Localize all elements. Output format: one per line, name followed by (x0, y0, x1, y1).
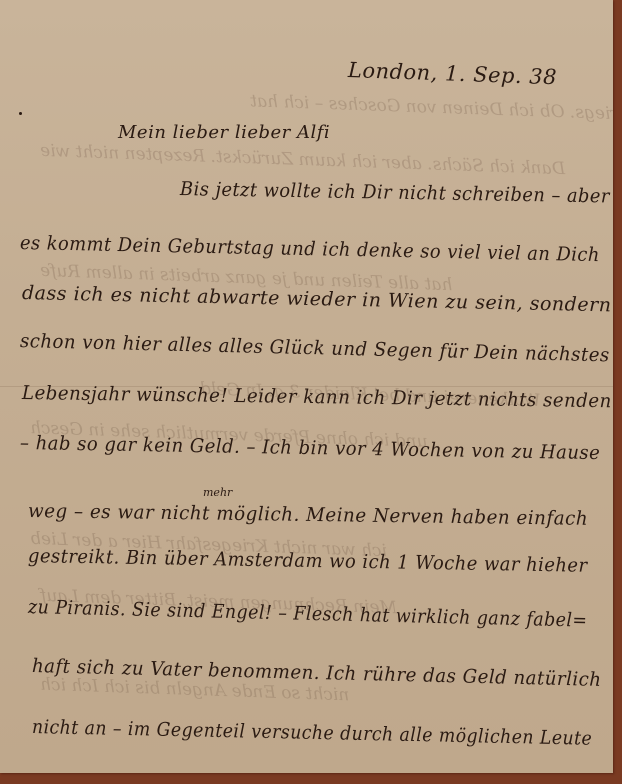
letter-salutation: Mein lieber lieber Alfi (118, 122, 330, 143)
letter-line: schon von hier alles alles Glück und Seg… (20, 330, 610, 366)
letter-line: Bis jetzt wollte ich Dir nicht schreiben… (180, 178, 610, 208)
letter-line: weg – es war nicht möglich. Meine Nerven… (28, 500, 588, 530)
letter-paper: wird Kraft zu Kriegs. Ob ich Deinen von … (0, 0, 613, 773)
bleed-through-text: Dank ich Sächs. aber ich kaum Zurückst. … (40, 141, 566, 179)
letter-line: gestreikt. Bin über Amsterdam wo ich 1 W… (28, 545, 588, 577)
ink-dot (19, 112, 22, 115)
letter-line: – hab so gar kein Geld. – Ich bin vor 4 … (20, 432, 601, 464)
letter-line: nicht an – im Gegenteil versuche durch a… (32, 716, 593, 750)
letter-dateline: London, 1. Sep. 38 (348, 58, 558, 89)
letter-line: es kommt Dein Geburtstag und ich denke s… (20, 232, 600, 266)
interlinear-insert: mehr (203, 486, 232, 499)
